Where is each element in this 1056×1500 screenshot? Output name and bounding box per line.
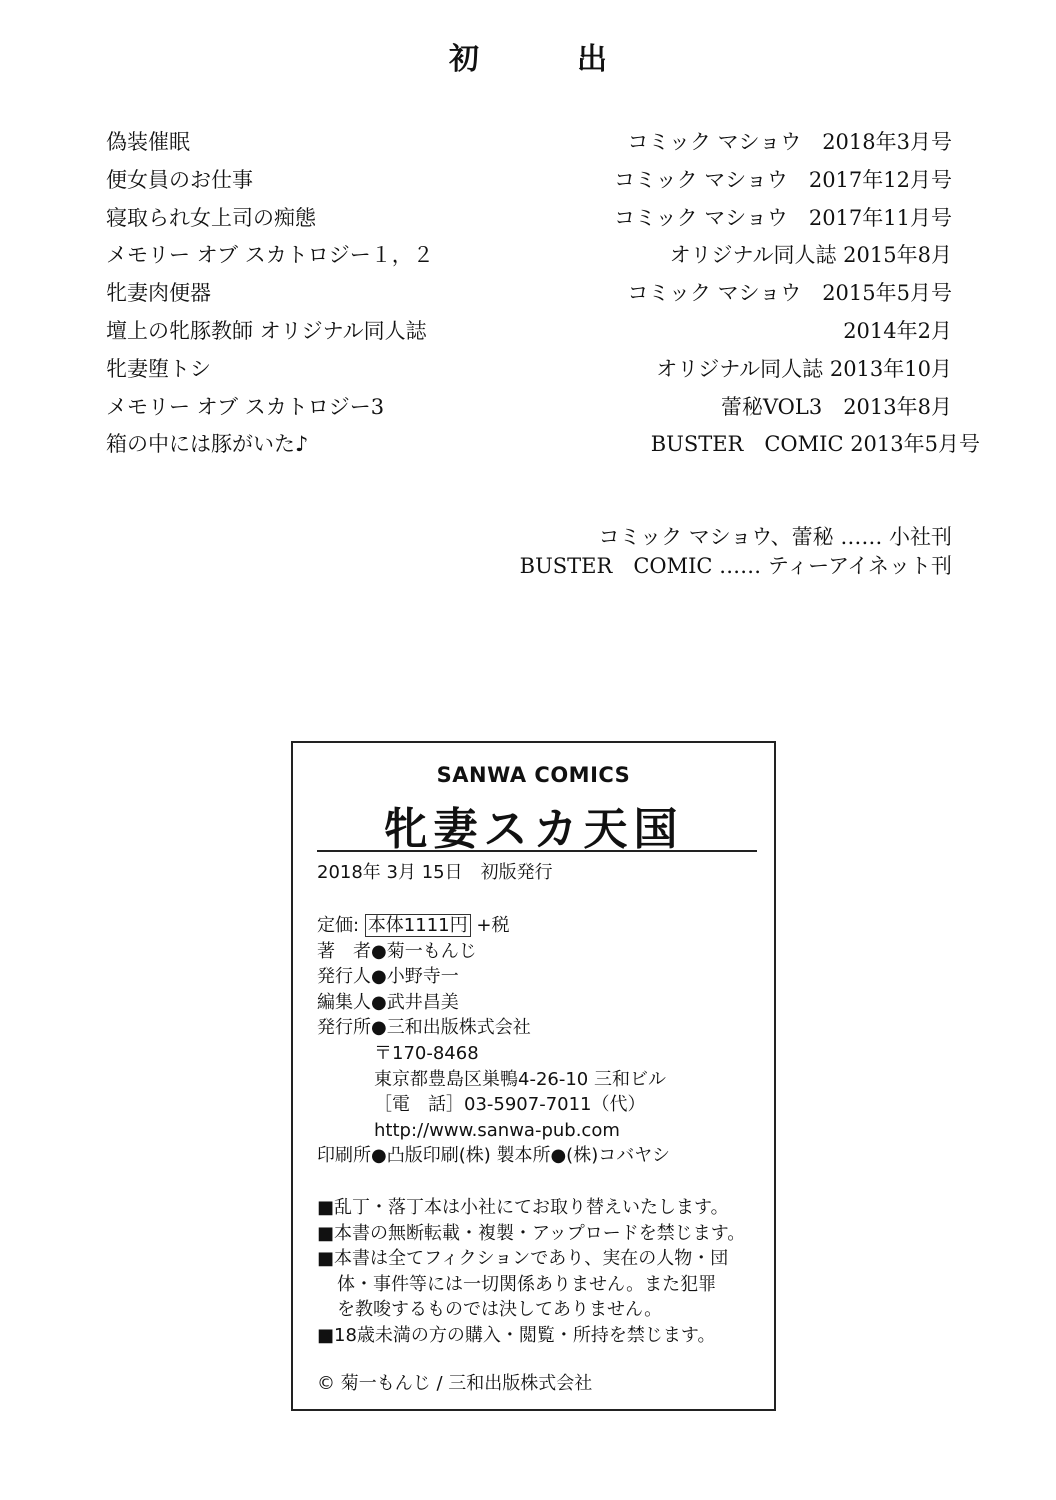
notice-continuation: 体・事件等には一切関係ありません。また犯罪 — [317, 1272, 745, 1298]
publisher-person-line: 発行人●小野寺一 — [317, 964, 670, 990]
story-source: コミック マショウ 2017年12月号 — [614, 162, 952, 200]
price-tax: +税 — [476, 915, 509, 936]
legal-notices: ■乱丁・落丁本は小社にてお取り替えいたします。 ■本書の無断転載・複製・アップロ… — [317, 1195, 745, 1349]
series-name: SANWA COMICS — [293, 763, 774, 787]
list-item: メモリー オブ スカトロジー１，２オリジナル同人誌 2015年8月 — [106, 237, 980, 275]
story-title: 牝妻堕トシ — [106, 351, 211, 389]
publisher-note: BUSTER COMIC …… ティーアイネット刊 — [520, 552, 952, 581]
printer-binder-line: 印刷所●凸版印刷(株) 製本所●(株)コバヤシ — [317, 1143, 670, 1169]
story-title: 箱の中には豚がいた♪ — [106, 426, 308, 464]
publisher-notes: コミック マショウ、蕾秘 …… 小社刊 BUSTER COMIC …… ティーア… — [520, 523, 952, 581]
story-title: 牝妻肉便器 — [106, 275, 211, 313]
list-item: 牝妻堕トシオリジナル同人誌 2013年10月 — [106, 351, 980, 389]
phone: ［電 話］03-5907-7011（代） — [317, 1092, 670, 1118]
price-value: 本体1111円 — [365, 914, 471, 937]
story-title: メモリー オブ スカトロジー3 — [106, 389, 384, 427]
list-item: 壇上の牝豚教師 オリジナル同人誌2014年2月 — [106, 313, 980, 351]
publisher-note: コミック マショウ、蕾秘 …… 小社刊 — [520, 523, 952, 552]
story-source: 2014年2月 — [843, 313, 952, 351]
list-item: 偽装催眠コミック マショウ 2018年3月号 — [106, 124, 980, 162]
story-source: オリジナル同人誌 2013年10月 — [656, 351, 952, 389]
story-source: オリジナル同人誌 2015年8月 — [670, 237, 952, 275]
price-label: 定価: — [317, 915, 359, 936]
list-item: 牝妻肉便器コミック マショウ 2015年5月号 — [106, 275, 980, 313]
edition-date: 2018年 3月 15日 初版発行 — [317, 860, 553, 886]
story-title: 壇上の牝豚教師 オリジナル同人誌 — [106, 313, 427, 351]
story-title: 寝取られ女上司の痴態 — [106, 200, 316, 238]
list-item: 寝取られ女上司の痴態コミック マショウ 2017年11月号 — [106, 200, 980, 238]
list-item: 箱の中には豚がいた♪BUSTER COMIC 2013年5月号 — [106, 426, 980, 464]
story-source: コミック マショウ 2018年3月号 — [627, 124, 952, 162]
story-source: コミック マショウ 2017年11月号 — [614, 200, 952, 238]
colophon-box: SANWA COMICS 牝妻スカ天国 2018年 3月 15日 初版発行 定価… — [291, 741, 776, 1411]
divider — [317, 850, 757, 852]
page-heading: 初 出 — [0, 34, 1056, 78]
story-source: コミック マショウ 2015年5月号 — [627, 275, 952, 313]
postal-code: 〒170-8468 — [317, 1041, 670, 1067]
notice: ■18歳未満の方の購入・閲覧・所持を禁じます。 — [317, 1323, 745, 1349]
story-title: メモリー オブ スカトロジー１，２ — [106, 237, 434, 275]
list-item: 便女員のお仕事コミック マショウ 2017年12月号 — [106, 162, 980, 200]
list-item: メモリー オブ スカトロジー3蕾秘VOL3 2013年8月 — [106, 389, 980, 427]
notice: ■本書は全てフィクションであり、実在の人物・団 — [317, 1246, 745, 1272]
address: 東京都豊島区巣鴨4-26-10 三和ビル — [317, 1067, 670, 1093]
notice: ■本書の無断転載・複製・アップロードを禁じます。 — [317, 1221, 745, 1247]
website-url: http://www.sanwa-pub.com — [317, 1118, 670, 1144]
author-line: 著 者●菊一もんじ — [317, 939, 670, 965]
notice-continuation: を教唆するものでは決してありません。 — [317, 1297, 745, 1323]
copyright: © 菊一もんじ / 三和出版株式会社 — [317, 1371, 592, 1397]
publication-details: 定価: 本体1111円 +税 著 者●菊一もんじ 発行人●小野寺一 編集人●武井… — [317, 913, 670, 1169]
price-line: 定価: 本体1111円 +税 — [317, 913, 670, 939]
notice: ■乱丁・落丁本は小社にてお取り替えいたします。 — [317, 1195, 745, 1221]
story-title: 便女員のお仕事 — [106, 162, 253, 200]
story-source: BUSTER COMIC 2013年5月号 — [651, 426, 980, 464]
publisher-company-line: 発行所●三和出版株式会社 — [317, 1015, 670, 1041]
story-title: 偽装催眠 — [106, 124, 190, 162]
book-title: 牝妻スカ天国 — [293, 793, 774, 857]
editor-line: 編集人●武井昌美 — [317, 990, 670, 1016]
first-publication-list: 偽装催眠コミック マショウ 2018年3月号 便女員のお仕事コミック マショウ … — [106, 124, 980, 464]
story-source: 蕾秘VOL3 2013年8月 — [721, 389, 952, 427]
